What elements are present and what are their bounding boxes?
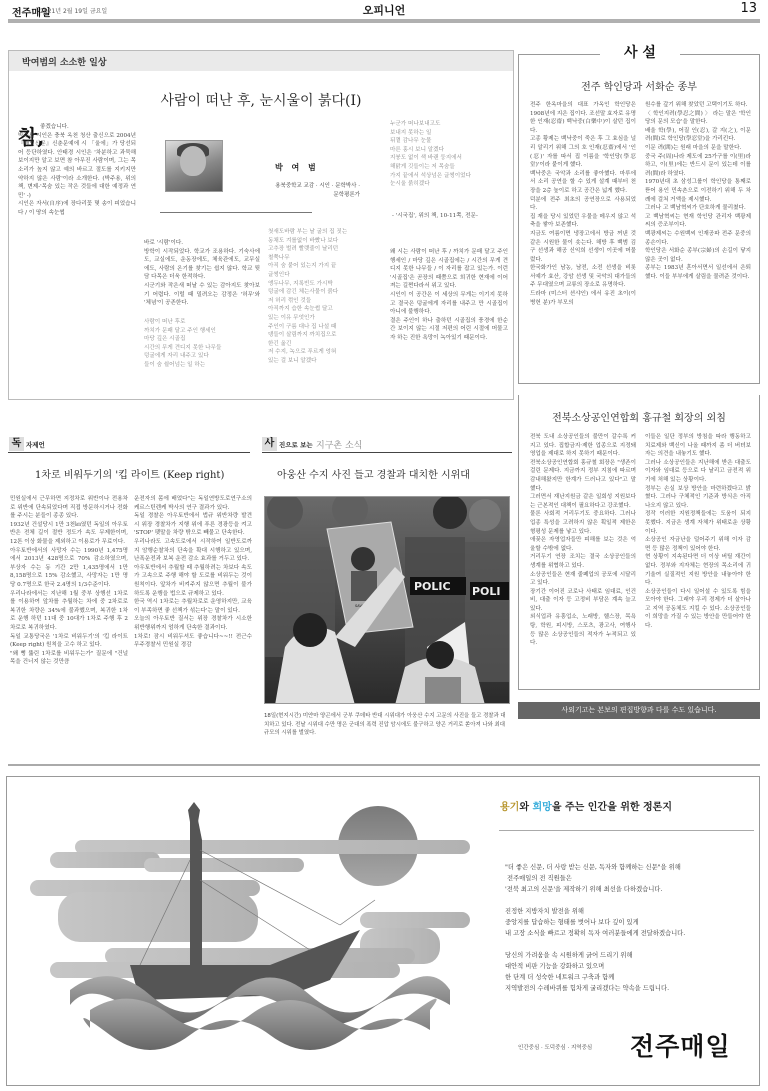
reader-section-label: 자제언 [26,440,45,449]
photo-section-label-mid: 진으로 보는 [279,440,313,449]
ad-paragraph-2: 진정한 지방자치 발전을 위해 중앙지를 답습하는 형태를 벗어나 보다 깊이 … [505,906,750,939]
reader-section-initial: 독 [9,437,24,451]
protest-photo: POLIC POLI SAVE OUR [264,496,510,704]
reader-section-rule [8,452,250,453]
svg-text:POLI: POLI [472,585,501,598]
editorial-2-col1: 전북 도내 소상공인들의 불만이 갈수록 커지고 있다. 집합금지·제한 업종으… [530,433,636,688]
ad-motto: 인간중심 · 도덕중심 · 지역중심 [518,1043,592,1051]
author-rule [160,212,312,213]
photo-caption: 18일(현지시간) 미얀마 양곤에서 군부 쿠데타 반대 시위대가 아웅산 수지… [264,712,510,738]
author-description: 용북중학교 교감 · 시인 · 문학박사 · 문학평론가 [270,182,360,200]
slogan-text-2: 을 주는 인간을 위한 정론지 [552,802,672,813]
column-poem-col2: 사람이 떠난 후로 까치가 문패 달고 주인 행세인 마당 깊은 시골집 시간의… [144,318,260,398]
column-label: 박여범의 소소한 일상 [22,55,107,68]
ship-illustration [30,800,470,1070]
editorial-1-col1: 전주 한옥마을의 대표 가옥인 학인당은 1908년에 지은 집이다. 조선말 … [530,101,636,383]
header-rule [8,19,760,23]
protest-photo-illustration: POLIC POLI SAVE OUR [265,497,510,704]
reader-title: 1차로 비워두기의 '킵 라이트 (Keep right) [35,466,224,481]
ad-paragraph-3: 당신의 가려움을 속 시원하게 긁어 드리기 위해 대안적 비판 기능을 강화하… [505,950,750,994]
editorial-title-1: 전주 학인당과 서화순 종부 [518,78,760,93]
column-text-col1: 좋겠습니다. 박주용 시인은 충북 옥천 청산 출신으로 2004년 『매일신문… [18,123,136,273]
author-photo-face [180,146,206,176]
slogan-courage: 용기 [500,802,519,813]
pen-ship-illustration [30,800,470,1070]
police-shield-text: POLIC [414,580,451,593]
author-name: 박 여 범 [275,162,319,173]
reader-text-col1: 민원실에서 근무하면 지정차로 위반이나 전용차로 위반에 단속되었다며 직접 … [10,495,128,760]
disclaimer-banner: 사외기고는 본보의 편집방향과 다를 수도 있습니다. [518,702,760,719]
slogan-rule [499,830,754,831]
poem-source: - '시국집', 위의 책, 10-11쪽, 전문- [392,212,504,232]
editorial-1-col2: 원수를 갚기 위해 찾았던 고택이기도 하다. 〈 학인지려(學忍之閭) 〉 라… [645,101,751,383]
editorial-2-col2: 이들은 일단 정부의 방침을 따라 행동하고 치료제와 백신이 나올 때까지 좀… [645,433,751,688]
section-divider [8,764,760,766]
reader-text-col2: 운전자의 몸에 배었다"는 독일연방도로연구소의 케르스틴렌케 박사의 연구 결… [134,495,252,760]
slogan-hope: 희망 [532,802,551,813]
ad-slogan: 용기와 희망을 주는 인간을 위한 정론지 [500,798,672,813]
section-title: 오피니언 [0,2,768,18]
ad-paragraph-1: "더 좋은 신문, 더 사랑 받는 신문, 독자와 함께하는 신문"을 위해 전… [505,862,750,895]
photo-section-label: 지구촌 소식 [316,438,362,451]
column-title: 사람이 떠난 후, 눈시울이 붉다(Ⅰ) [9,90,513,110]
photo-news-title: 아웅산 수지 사진 들고 경찰과 대치한 시위대 [277,466,470,481]
slogan-text-1: 와 [519,802,532,813]
photo-section-rule [262,452,512,453]
column-text-col4: 왜 시는 사람이 떠난 후 / 까치가 문패 달고 주인 행세인 / 마당 깊은… [390,248,508,398]
column-text-col2: 바로 '시람'이다. 방학이 시작되었다. 학교가 조용하다. 기숙사에도, 교… [144,239,260,309]
page-number: 13 [740,1,757,16]
column-poem-col3: 첫새도바람 부는 날 굴의 집 짓는 동채도 겨를없이 바빴나 보다 고추장 벌… [268,228,386,398]
photo-section-initial: 사 [262,437,277,451]
ad-brand-logo: 전주매일 [630,1027,731,1063]
editorial-title-2: 전북소상공인연합회 홍규철 회장의 외침 [518,409,760,424]
column-poem-col4: 누군가 떠나보내고도 보내지 못하는 일 뒤꼍 감나무 눈물 마른 홍시 보니 … [390,120,508,200]
editorial-heading: 사 설 [600,42,680,62]
